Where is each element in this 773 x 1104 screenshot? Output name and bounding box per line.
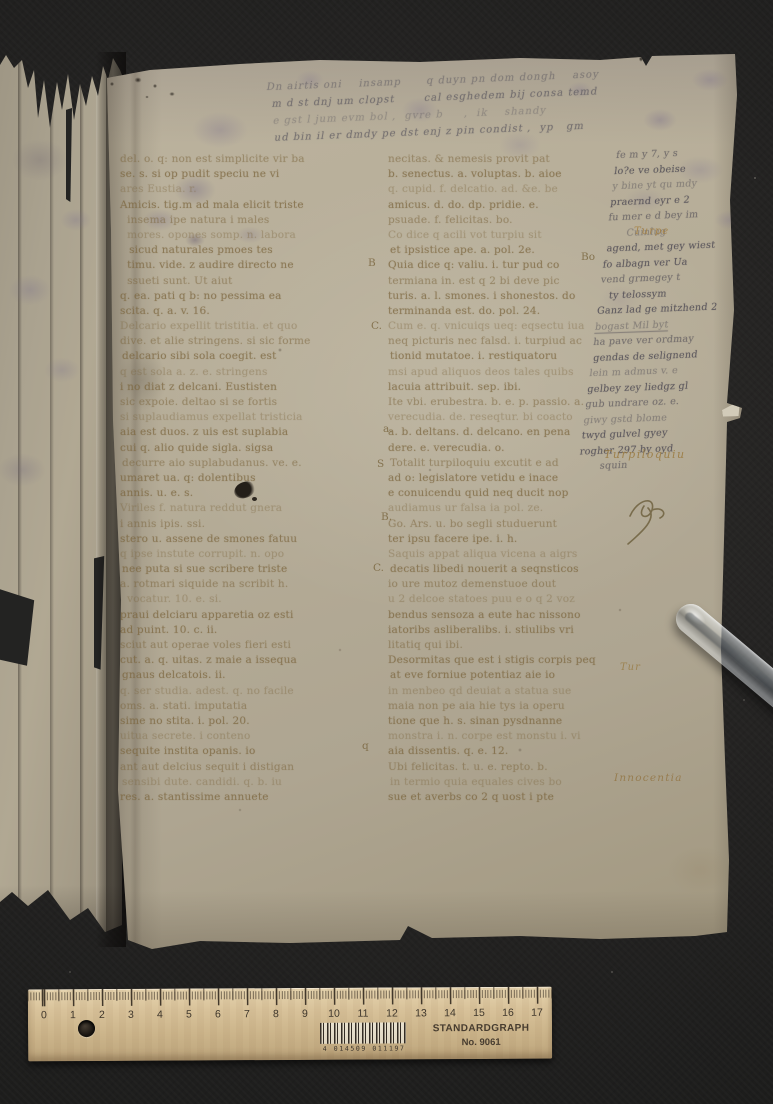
- ruler-number: 3: [128, 1009, 134, 1021]
- ruler-number: 0: [41, 1009, 47, 1021]
- reference-letter: q: [362, 740, 369, 752]
- margin-word-innocentia: Innocentia: [614, 772, 683, 784]
- ruler-number: 11: [357, 1008, 368, 1020]
- margin-word-turpe: Turpe: [634, 226, 669, 237]
- ruler-number: 15: [473, 1007, 485, 1019]
- ruler-brand: STANDARDGRAPH: [416, 1023, 546, 1035]
- ruler-number: 9: [302, 1008, 308, 1020]
- photo-stage: Dn airtis oni insamp q duyn pn dom dongh…: [0, 0, 773, 1104]
- pen-flourish-icon: [618, 488, 678, 548]
- parchment-speck: [252, 497, 257, 501]
- ruler-number: 14: [444, 1007, 456, 1019]
- reference-letter: B: [368, 257, 376, 269]
- margin-word-tur: Tur: [620, 662, 641, 673]
- reference-letter: S: [377, 458, 384, 470]
- margin-word-turpiloquium: Turpiloquiu: [604, 448, 686, 461]
- ruler-brand-block: STANDARDGRAPH No. 9061: [416, 1023, 546, 1049]
- ruler-number: 17: [531, 1007, 543, 1019]
- ruler-number: 10: [328, 1008, 340, 1020]
- manuscript-page: Dn airtis oni insamp q duyn pn dom dongh…: [100, 50, 745, 955]
- reference-letter: C.: [373, 562, 384, 574]
- ruler-numbers: 01234567891011121314151617: [28, 1007, 552, 1024]
- ruler-number: 12: [386, 1007, 398, 1019]
- ruler-number: 2: [99, 1009, 105, 1021]
- ruler-number: 13: [415, 1007, 427, 1019]
- ruler-number: 16: [502, 1007, 514, 1019]
- ruler-number: 8: [273, 1008, 279, 1020]
- barcode-digits: 4 014509 011197: [314, 1044, 414, 1053]
- ruler-number: 5: [186, 1009, 192, 1021]
- reference-letter: a.: [383, 423, 393, 435]
- ruler-number: 6: [215, 1008, 221, 1020]
- reference-letter: Bo: [581, 251, 595, 263]
- ruler-number: 4: [157, 1009, 163, 1021]
- ruler-number: 1: [70, 1009, 76, 1021]
- reference-letter: B.: [381, 511, 392, 523]
- ruler-hanging-hole: [78, 1020, 95, 1037]
- ruler-cm-ticks: [28, 987, 552, 1007]
- ruler-number: 7: [244, 1008, 250, 1020]
- ruler: 01234567891011121314151617 4 014509 0111…: [28, 987, 552, 1062]
- barcode-icon: [320, 1022, 406, 1043]
- ruler-model: No. 9061: [416, 1037, 546, 1049]
- reference-letter: C.: [371, 320, 382, 332]
